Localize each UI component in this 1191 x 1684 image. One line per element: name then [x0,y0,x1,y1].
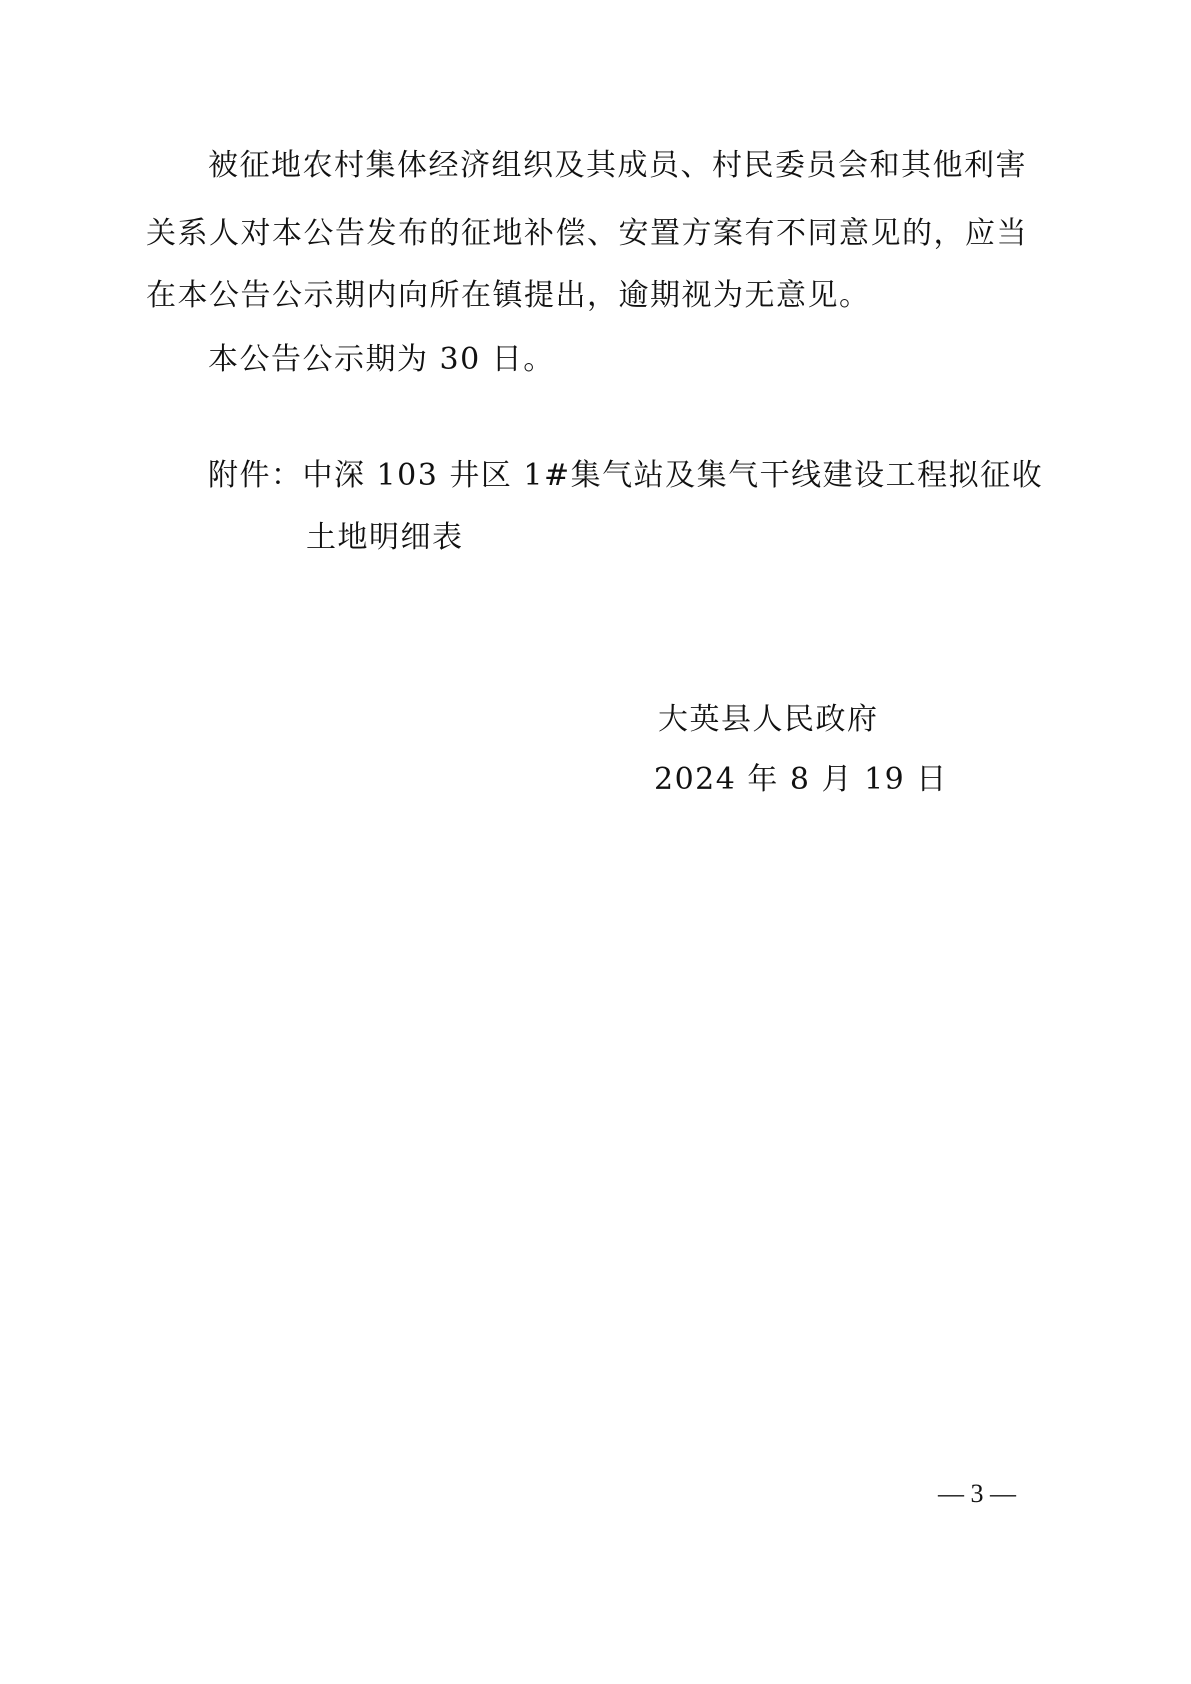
page-number: — 3 — [938,1478,1016,1510]
issuer-signature: 大英县人民政府 [658,700,879,740]
attachment-line-2: 土地明细表 [306,518,464,558]
paragraph-objection-line-3: 在本公告公示期内向所在镇提出，逾期视为无意见。 [146,276,871,316]
paragraph-publicity-period: 本公告公示期为 30 日。 [208,340,555,380]
attachment-line-1: 附件：中深 103 井区 1#集气站及集气干线建设工程拟征收 [208,456,1043,496]
issue-date: 2024 年 8 月 19 日 [654,760,948,800]
paragraph-objection-line-1: 被征地农村集体经济组织及其成员、村民委员会和其他利害 [208,146,1027,186]
paragraph-objection-line-2: 关系人对本公告发布的征地补偿、安置方案有不同意见的，应当 [146,214,1028,254]
